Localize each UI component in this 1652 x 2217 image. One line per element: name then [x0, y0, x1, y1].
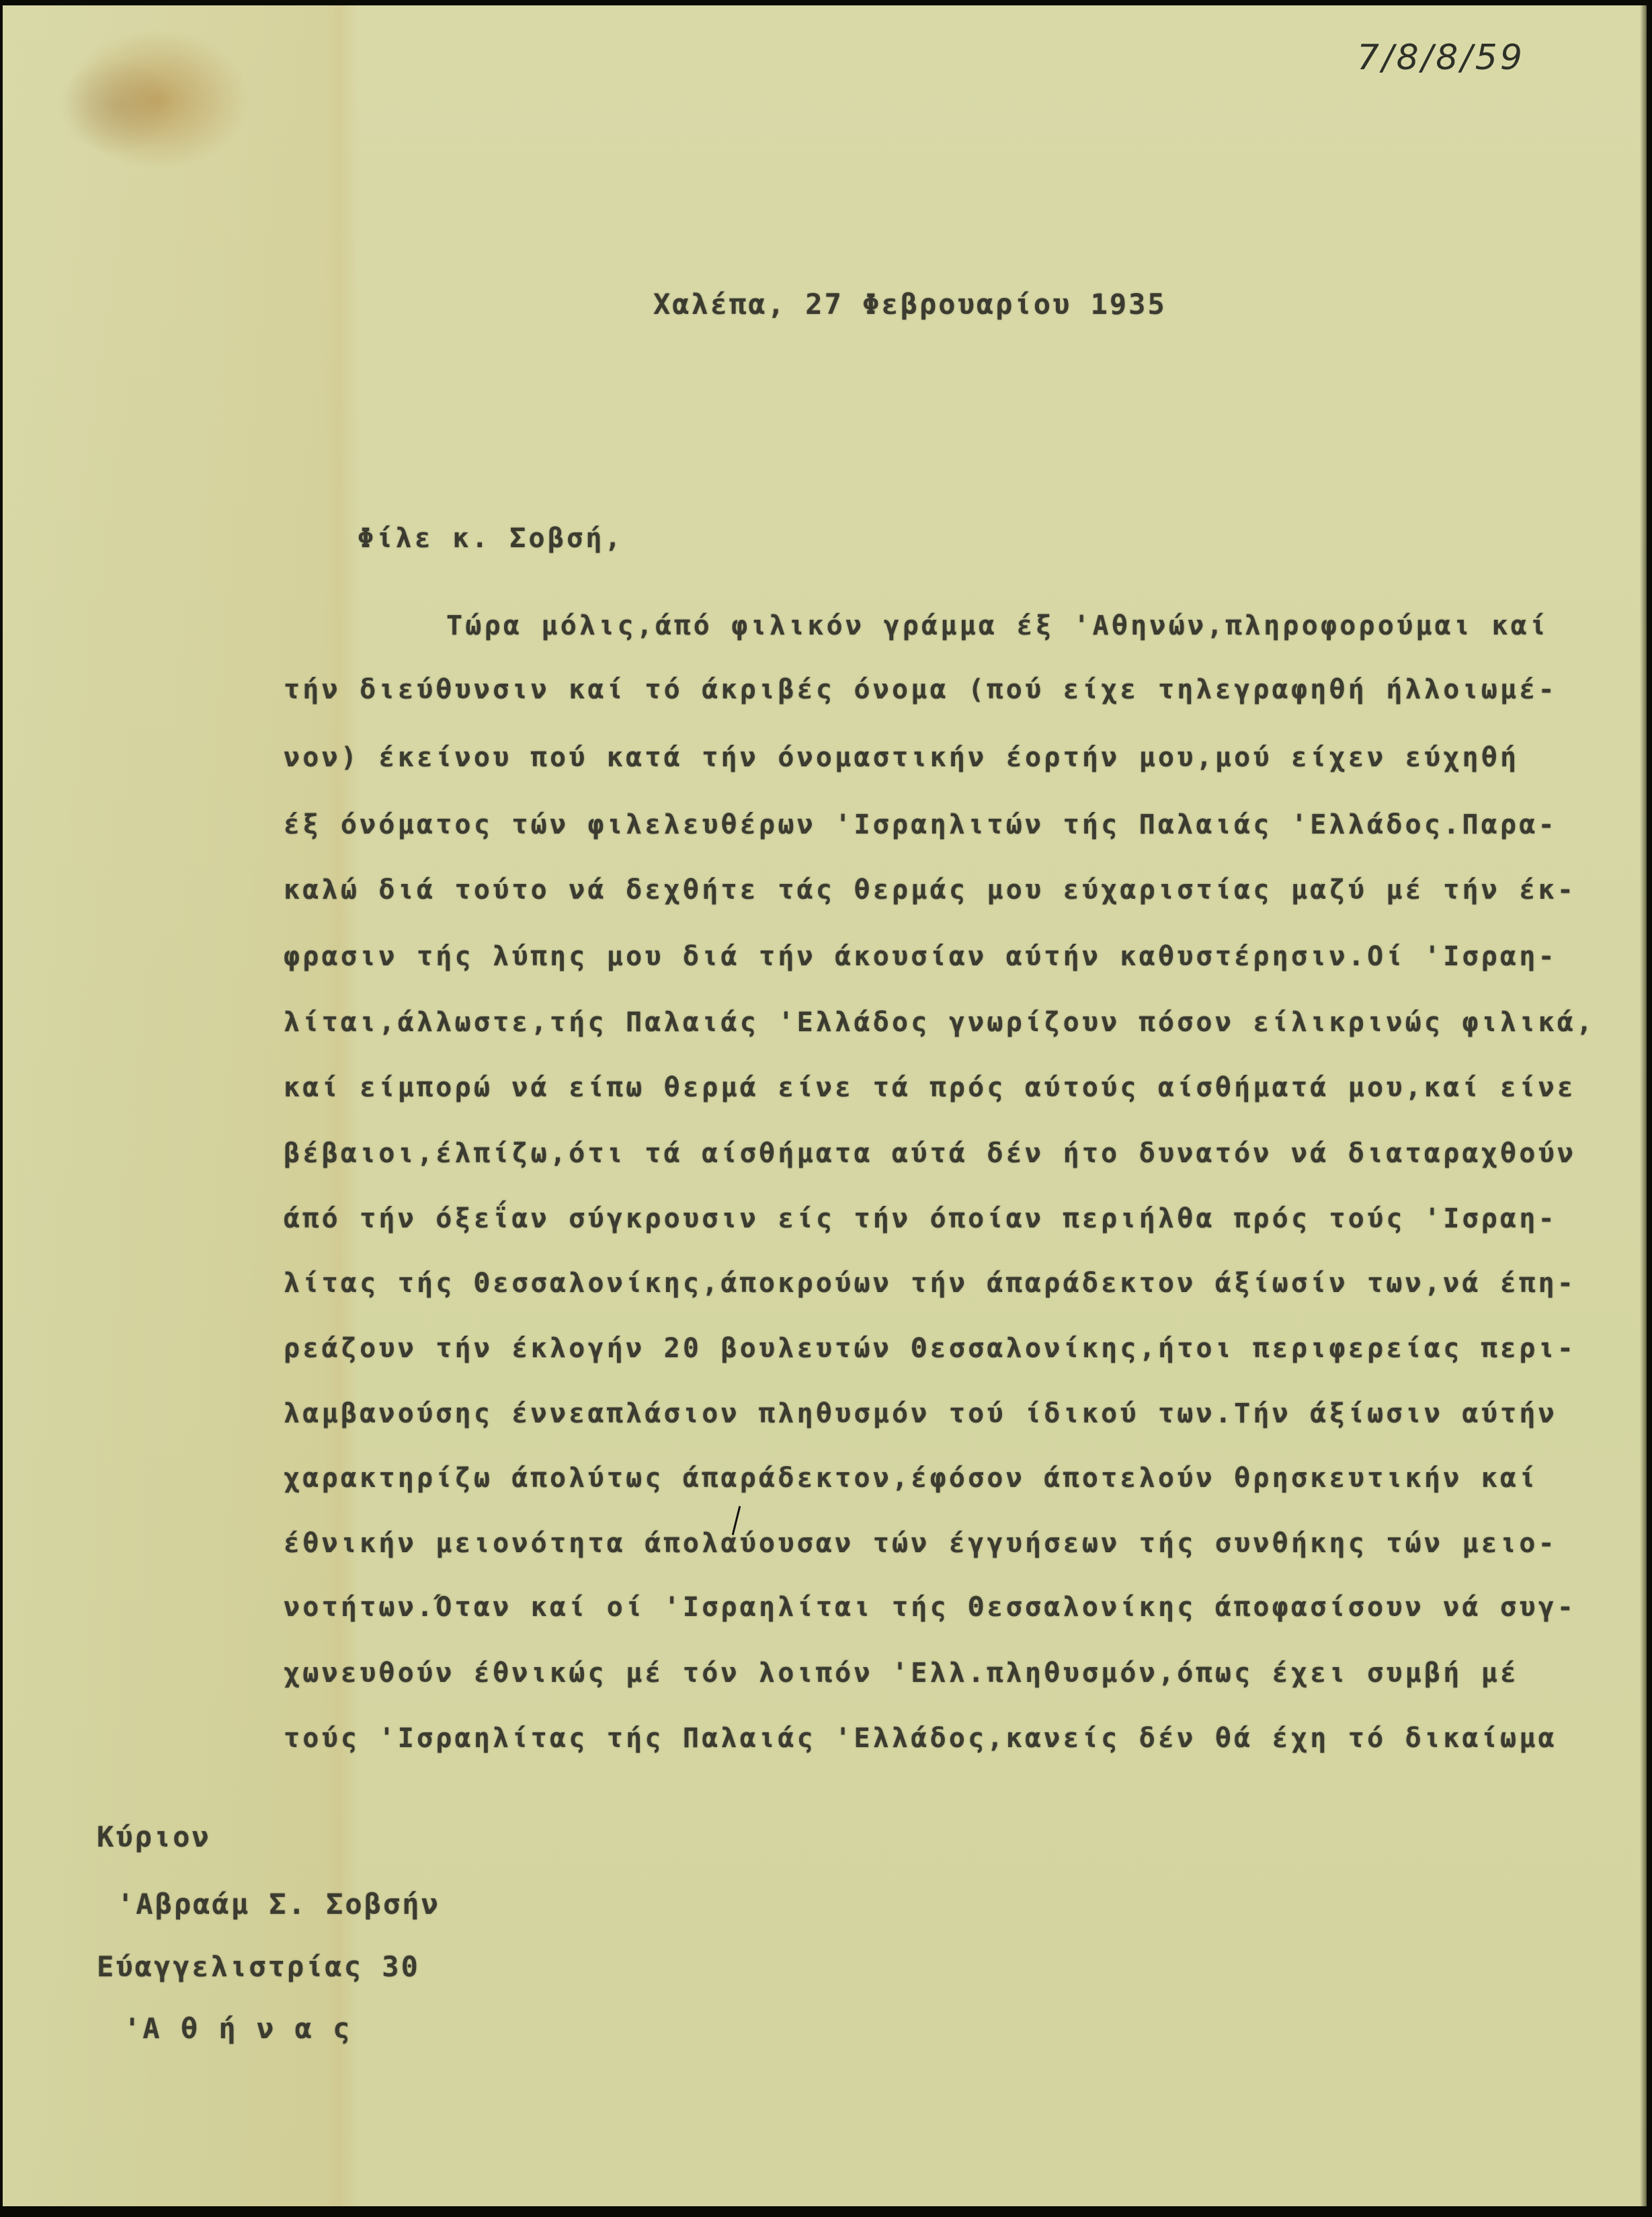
body-line: έθνικήν μειονότητα άπολαύουσαν τών έγγυή…	[284, 1528, 1557, 1559]
address-street: Εύαγγελιστρίας 30	[97, 1950, 420, 1983]
body-line: τήν διεύθυνσιν καί τό άκριβές όνομα (πού…	[284, 674, 1557, 705]
body-line: ρεάζουν τήν έκλογήν 20 βουλευτών Θεσσαλο…	[284, 1333, 1576, 1364]
salutation: Φίλε κ. Σοβσή,	[358, 523, 624, 554]
address-city: 'Α θ ή ν α ς	[124, 2012, 352, 2045]
body-line: λίτας τής Θεσσαλονίκης,άποκρούων τήν άπα…	[284, 1268, 1576, 1299]
body-line: λαμβανούσης έννεαπλάσιον πληθυσμόν τού ί…	[284, 1398, 1557, 1429]
letter-page: 7/8/8/59 Χαλέπα, 27 Φεβρουαρίου 1935 Φίλ…	[3, 5, 1647, 2206]
body-line: φρασιν τής λύπης μου διά τήν άκουσίαν αύ…	[284, 941, 1557, 972]
body-line: έξ όνόματος τών φιλελευθέρων 'Ισραηλιτών…	[284, 809, 1557, 840]
body-line: βέβαιοι,έλπίζω,ότι τά αίσθήματα αύτά δέν…	[284, 1138, 1576, 1169]
body-line: τούς 'Ισραηλίτας τής Παλαιάς 'Ελλάδος,κα…	[284, 1723, 1557, 1754]
body-line: καλώ διά τούτο νά δεχθήτε τάς θερμάς μου…	[284, 875, 1576, 905]
body-line: νον) έκείνου πού κατά τήν όνομαστικήν έο…	[284, 742, 1519, 773]
body-line: χαρακτηρίζω άπολύτως άπαράδεκτον,έφόσον …	[284, 1463, 1538, 1494]
body-line: νοτήτων.Όταν καί οί 'Ισραηλίται τής Θεσσ…	[284, 1592, 1576, 1623]
archive-reference-number: 7/8/8/59	[1357, 38, 1525, 78]
body-line: καί είμπορώ νά είπω θερμά είνε τά πρός α…	[284, 1072, 1576, 1103]
body-line: χωνευθούν έθνικώς μέ τόν λοιπόν 'Ελλ.πλη…	[284, 1658, 1519, 1689]
page-edge-shadow	[1640, 5, 1647, 2206]
letter-date-line: Χαλέπα, 27 Φεβρουαρίου 1935	[653, 288, 1167, 321]
body-line: Τώρα μόλις,άπό φιλικόν γράμμα έξ 'Αθηνών…	[446, 610, 1548, 641]
body-line: λίται,άλλωστε,τής Παλαιάς 'Ελλάδος γνωρί…	[284, 1007, 1595, 1038]
address-name: 'Αβραάμ Σ. Σοβσήν	[117, 1888, 440, 1921]
body-line: άπό τήν όξεΐαν σύγκρουσιν είς τήν όποίαν…	[284, 1203, 1557, 1234]
address-title: Κύριον	[97, 1820, 211, 1853]
